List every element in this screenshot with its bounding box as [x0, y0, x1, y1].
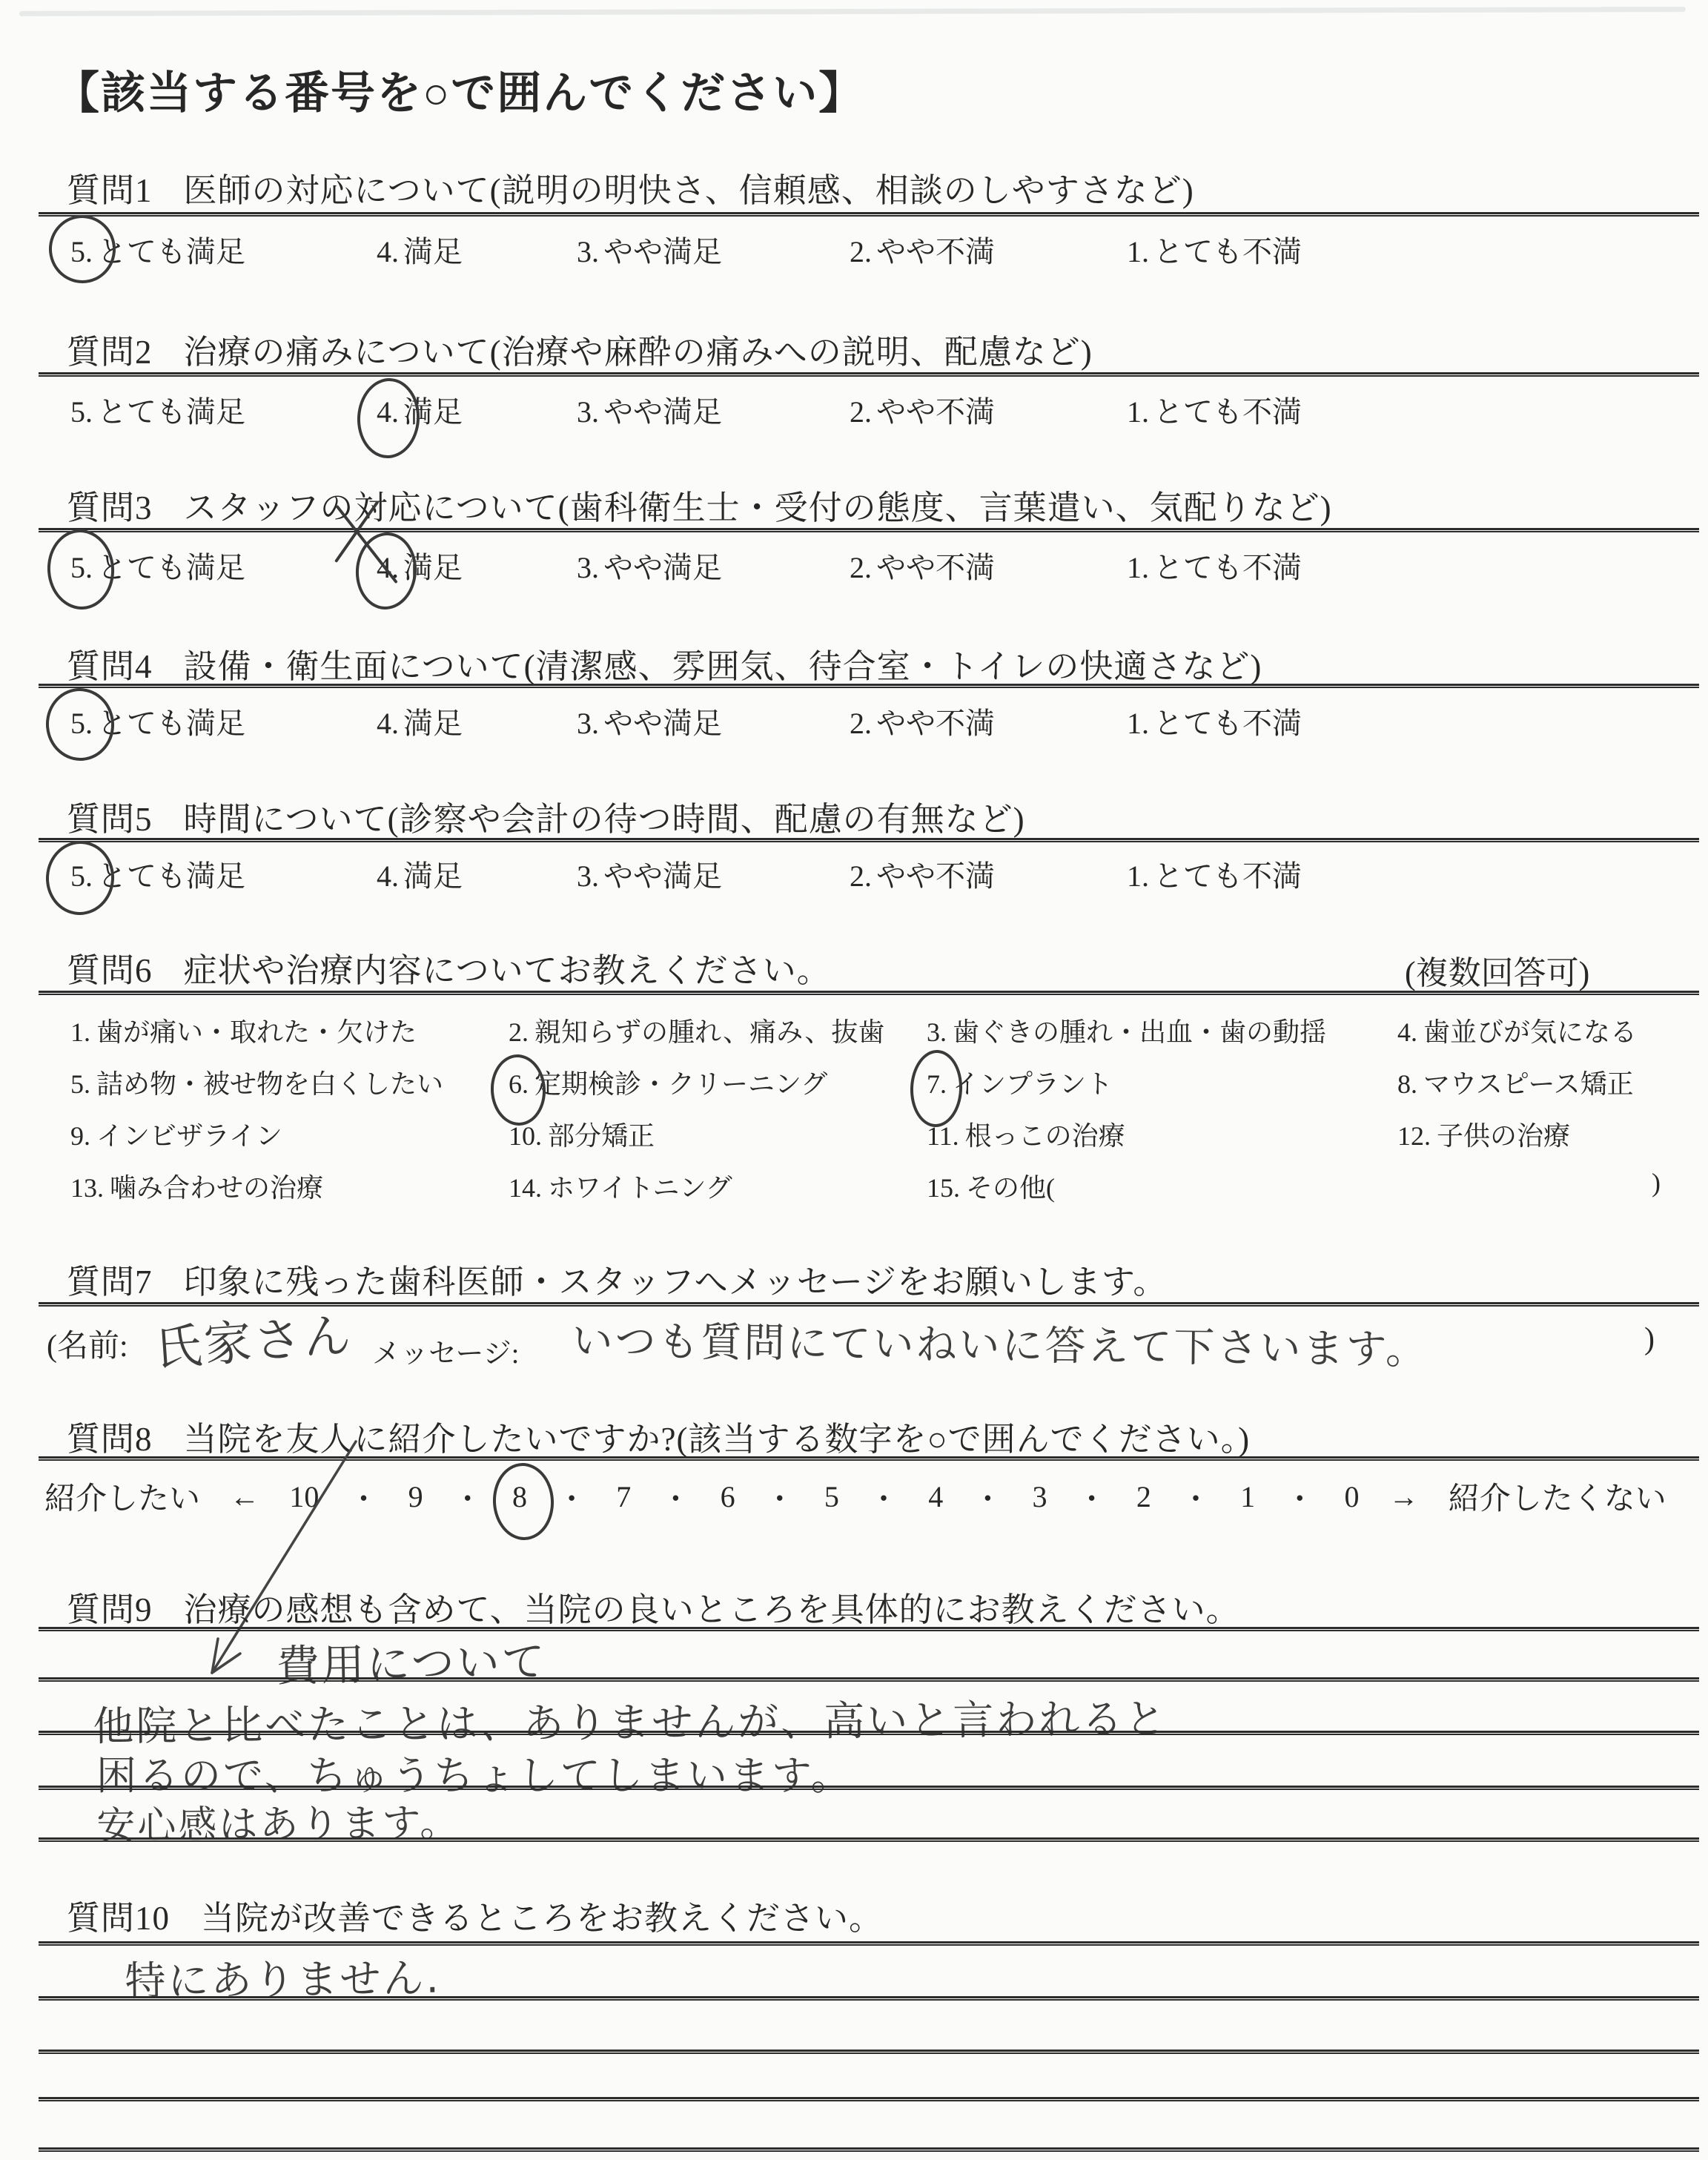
item-label: インビザライン: [96, 1121, 282, 1151]
question-text: 設備・衛生面について(清潔感、雰囲気、待合室・トイレの快適さなど): [184, 648, 1262, 685]
dot-separator: ・: [1181, 1476, 1211, 1518]
question-9-title: 質問9治療の感想も含めて、当院の良いところを具体的にお教えください。: [67, 1582, 1240, 1631]
question-text: 当院が改善できるところをお教えください。: [201, 1900, 883, 1937]
option-number: 2.: [850, 395, 872, 429]
question-text: 印象に残った歯科医師・スタッフへメッセージをお願いします。: [184, 1264, 1168, 1301]
scale-3: 3: [1033, 1479, 1047, 1514]
option-number: 5.: [70, 859, 93, 893]
item-number: 6.: [509, 1069, 529, 1099]
option-label: やや満足: [603, 395, 722, 429]
option-2-somewhat-dissatisfied: 2.やや不満: [850, 544, 995, 587]
symptom-item-15-other: 15.その他(: [927, 1167, 1055, 1205]
rule-line: [39, 991, 1699, 995]
item-number: 14.: [509, 1173, 542, 1203]
item-number: 5.: [70, 1069, 90, 1099]
dot-separator: ・: [1077, 1476, 1107, 1518]
symptom-item-2: 2.親知らずの腫れ、痛み、抜歯: [509, 1011, 884, 1049]
question-2-title: 質問2治療の痛みについて(治療や麻酔の痛みへの説明、配慮など): [67, 325, 1093, 373]
item-label: 詰め物・被せ物を白くしたい: [96, 1069, 443, 1099]
scale-right-label: 紹介したくない: [1449, 1474, 1666, 1519]
option-5-very-satisfied: 5.とても満足: [70, 228, 245, 271]
option-number: 4.: [377, 859, 399, 893]
question-6-row-3: 9.インビザライン 10.部分矯正 11.根っこの治療 12.子供の治療: [0, 1115, 1708, 1160]
option-2-somewhat-dissatisfied: 2.やや不満: [850, 228, 995, 271]
option-label: やや不満: [876, 395, 995, 429]
item-number: 15.: [927, 1173, 960, 1203]
option-number: 5.: [70, 235, 93, 268]
scale-0: 0: [1344, 1479, 1359, 1514]
question-number: 質問2: [67, 334, 153, 371]
item-label: 噛み合わせの治療: [110, 1173, 323, 1203]
option-label: やや満足: [603, 551, 722, 584]
option-number: 5.: [70, 395, 93, 429]
question-number: 質問6: [67, 952, 153, 989]
rule-line: [39, 528, 1699, 532]
handwritten-name: 氏家さん: [152, 1297, 355, 1378]
option-label: やや不満: [876, 551, 995, 584]
option-label: 満足: [403, 235, 463, 268]
dot-separator: ・: [661, 1476, 690, 1518]
option-number: 3.: [577, 859, 599, 893]
option-label: やや不満: [876, 859, 995, 893]
item-label: 親知らずの腫れ、痛み、抜歯: [534, 1017, 884, 1047]
scale-2: 2: [1136, 1479, 1151, 1514]
scale-1: 1: [1240, 1479, 1255, 1514]
scale-8: 8: [512, 1479, 527, 1514]
option-1-very-dissatisfied: 1.とても不満: [1127, 228, 1302, 271]
option-label: やや満足: [603, 235, 722, 268]
handwritten-note-cost: 費用について: [276, 1627, 547, 1694]
close-paren: ): [1644, 1321, 1655, 1357]
symptom-item-5: 5.詰め物・被せ物を白くしたい: [70, 1063, 443, 1101]
answer-rule-line: [39, 2050, 1699, 2054]
symptom-item-9: 9.インビザライン: [70, 1115, 282, 1153]
message-field-label: メッセージ:: [372, 1330, 519, 1371]
option-5-very-satisfied: 5.とても満足: [70, 700, 245, 742]
option-3-somewhat-satisfied: 3.やや満足: [577, 700, 722, 742]
option-4-satisfied: 4.満足: [377, 700, 463, 742]
answer-rule-line: [39, 1677, 1699, 1682]
option-4-satisfied: 4.満足: [377, 228, 463, 271]
question-5-options: 5.とても満足 4.満足 3.やや満足 2.やや不満 1.とても不満: [0, 853, 1708, 902]
question-text: 症状や治療内容についてお教えください。: [184, 952, 831, 989]
item-number: 10.: [509, 1121, 542, 1151]
option-4-satisfied: 4.満足: [377, 853, 463, 895]
dot-separator: ・: [765, 1476, 795, 1518]
scale-10: 10: [289, 1479, 319, 1514]
option-label: とても満足: [97, 859, 245, 893]
scale-8-number: 8: [512, 1480, 527, 1513]
option-label: 満足: [403, 395, 463, 429]
question-number: 質問1: [67, 172, 153, 209]
option-label: とても満足: [97, 395, 245, 429]
question-7-title: 質問7印象に残った歯科医師・スタッフへメッセージをお願いします。: [67, 1255, 1167, 1303]
question-4-title: 質問4設備・衛生面について(清潔感、雰囲気、待合室・トイレの快適さなど): [67, 639, 1262, 687]
scale-9: 9: [408, 1479, 423, 1514]
item-label: 定期検診・クリーニング: [534, 1069, 827, 1099]
option-number: 1.: [1127, 235, 1149, 268]
option-label: やや満足: [603, 707, 722, 740]
item-number: 11.: [927, 1121, 959, 1151]
rule-line: [39, 684, 1699, 688]
item-label: マウスピース矯正: [1423, 1069, 1634, 1099]
dot-separator: ・: [1285, 1476, 1314, 1518]
answer-rule-line: [39, 1786, 1699, 1790]
option-5-very-satisfied: 5.とても満足: [70, 853, 245, 895]
symptom-item-10: 10.部分矯正: [509, 1115, 655, 1153]
item-number: 2.: [509, 1017, 529, 1047]
question-4-options: 5.とても満足 4.満足 3.やや満足 2.やや不満 1.とても不満: [0, 700, 1708, 749]
symptom-item-7: 7.インプラント: [927, 1063, 1113, 1101]
scale-left-label: 紹介したい: [44, 1474, 200, 1519]
question-number: 質問8: [67, 1421, 153, 1458]
option-3-somewhat-satisfied: 3.やや満足: [577, 853, 722, 895]
question-1-title: 質問1医師の対応について(説明の明快さ、信頼感、相談のしやすさなど): [67, 163, 1194, 211]
option-label: やや満足: [603, 859, 722, 893]
option-number: 3.: [577, 707, 599, 740]
question-number: 質問5: [67, 801, 153, 838]
option-number: 1.: [1127, 707, 1149, 740]
option-label: とても満足: [97, 707, 245, 740]
handwritten-message: いつも質問にていねいに答えて下さいます。: [572, 1308, 1429, 1375]
symptom-item-8: 8.マウスピース矯正: [1397, 1063, 1634, 1101]
option-label: 満足: [403, 551, 463, 584]
scale-6: 6: [721, 1479, 735, 1514]
scan-artifact-top: [19, 7, 1686, 16]
option-number: 3.: [577, 551, 599, 584]
dot-separator: ・: [973, 1476, 1002, 1518]
option-number: 2.: [850, 859, 872, 893]
option-label: 満足: [403, 707, 463, 740]
option-label: とても満足: [97, 551, 245, 584]
item-label: 歯が痛い・取れた・欠けた: [96, 1017, 417, 1047]
scale-7: 7: [616, 1479, 631, 1514]
symptom-item-12: 12.子供の治療: [1397, 1115, 1570, 1153]
other-close-paren: ): [1652, 1167, 1661, 1198]
dot-separator: ・: [557, 1476, 586, 1518]
question-text: 時間について(診察や会計の待つ時間、配慮の有無など): [184, 801, 1025, 838]
answer-rule-line: [39, 2147, 1699, 2152]
option-label: とても満足: [97, 235, 245, 268]
item-label: 歯ぐきの腫れ・出血・歯の動揺: [953, 1017, 1326, 1047]
dot-separator: ・: [869, 1476, 898, 1518]
option-1-very-dissatisfied: 1.とても不満: [1127, 544, 1302, 587]
question-6-row-4: 13.噛み合わせの治療 14.ホワイトニング 15.その他( ): [0, 1167, 1708, 1212]
item-label: 根っこの治療: [965, 1121, 1125, 1151]
option-label: とても不満: [1153, 707, 1302, 740]
question-6-note: (複数回答可): [1405, 946, 1589, 994]
option-number: 4.: [377, 395, 399, 429]
answer-rule-line: [39, 1941, 1699, 1946]
option-number: 1.: [1127, 395, 1149, 429]
option-3-somewhat-satisfied: 3.やや満足: [577, 389, 722, 431]
name-field-label: (名前:: [47, 1321, 128, 1366]
option-label: とても不満: [1153, 235, 1302, 268]
symptom-item-3: 3.歯ぐきの腫れ・出血・歯の動揺: [927, 1011, 1326, 1049]
rule-line: [39, 372, 1699, 377]
option-3-somewhat-satisfied: 3.やや満足: [577, 228, 722, 271]
page-title: 【該当する番号を○で囲んでください】: [55, 58, 864, 122]
option-number: 2.: [850, 707, 872, 740]
item-label: 部分矯正: [548, 1121, 655, 1151]
item-number: 1.: [70, 1017, 90, 1047]
option-2-somewhat-dissatisfied: 2.やや不満: [850, 389, 995, 431]
item-number: 13.: [70, 1173, 104, 1203]
question-3-options: 5.とても満足 4.満足 3.やや満足 2.やや不満 1.とても不満: [0, 544, 1708, 593]
question-number: 質問4: [67, 648, 153, 685]
right-arrow-glyph: →: [1389, 1479, 1419, 1514]
option-4-satisfied: 4.満足: [377, 544, 463, 587]
option-number: 5.: [70, 707, 93, 740]
option-5-very-satisfied: 5.とても満足: [70, 389, 245, 431]
symptom-item-1: 1.歯が痛い・取れた・欠けた: [70, 1011, 417, 1049]
question-10-title: 質問10当院が改善できるところをお教えください。: [67, 1891, 883, 1939]
rule-line: [39, 212, 1699, 217]
answer-rule-line: [39, 1731, 1699, 1735]
symptom-item-4: 4.歯並びが気になる: [1397, 1011, 1637, 1049]
option-number: 4.: [377, 707, 399, 740]
question-1-options: 5.とても満足 4.満足 3.やや満足 2.やや不満 1.とても不満: [0, 228, 1708, 277]
question-6-row-1: 1.歯が痛い・取れた・欠けた 2.親知らずの腫れ、痛み、抜歯 3.歯ぐきの腫れ・…: [0, 1011, 1708, 1056]
symptom-item-13: 13.噛み合わせの治療: [70, 1167, 323, 1205]
item-label: その他(: [966, 1173, 1055, 1203]
answer-rule-line: [39, 2097, 1699, 2101]
question-8-title: 質問8当院を友人に紹介したいですか?(該当する数字を○で囲んでください。): [67, 1412, 1250, 1460]
option-1-very-dissatisfied: 1.とても不満: [1127, 700, 1302, 742]
question-2-options: 5.とても満足 4.満足 3.やや満足 2.やや不満 1.とても不満: [0, 389, 1708, 437]
question-5-title: 質問5時間について(診察や会計の待つ時間、配慮の有無など): [67, 792, 1025, 840]
question-number: 質問9: [67, 1591, 153, 1628]
option-label: 満足: [403, 859, 463, 893]
item-label: インプラント: [953, 1069, 1113, 1099]
nps-scale-row: 紹介したい ← 10 ・ 9 ・ 8 ・ 7 ・ 6 ・ 5 ・ 4 ・ 3 ・…: [0, 1474, 1708, 1526]
symptom-item-11: 11.根っこの治療: [927, 1115, 1125, 1153]
item-label: ホワイトニング: [548, 1173, 732, 1203]
option-4-satisfied: 4.満足: [377, 389, 463, 431]
option-number: 1.: [1127, 859, 1149, 893]
question-number: 質問10: [67, 1900, 170, 1937]
item-number: 3.: [927, 1017, 947, 1047]
symptom-item-14: 14.ホワイトニング: [509, 1167, 732, 1205]
scale-4: 4: [928, 1479, 943, 1514]
option-number: 2.: [850, 551, 872, 584]
option-number: 2.: [850, 235, 872, 268]
option-5-very-satisfied: 5.とても満足: [70, 544, 245, 587]
option-3-somewhat-satisfied: 3.やや満足: [577, 544, 722, 587]
question-6-row-2: 5.詰め物・被せ物を白くしたい 6.定期検診・クリーニング 7.インプラント 8…: [0, 1063, 1708, 1108]
question-number: 質問3: [67, 489, 153, 526]
option-2-somewhat-dissatisfied: 2.やや不満: [850, 853, 995, 895]
item-number: 12.: [1397, 1121, 1431, 1151]
question-text: 医師の対応について(説明の明快さ、信頼感、相談のしやすさなど): [184, 172, 1194, 209]
question-text: 治療の痛みについて(治療や麻酔の痛みへの説明、配慮など): [184, 334, 1093, 371]
dot-separator: ・: [348, 1476, 378, 1518]
question-text: 治療の感想も含めて、当院の良いところを具体的にお教えください。: [184, 1591, 1240, 1628]
item-number: 4.: [1397, 1017, 1417, 1047]
item-label: 歯並びが気になる: [1423, 1017, 1637, 1047]
answer-rule-line: [39, 1837, 1699, 1842]
option-label: とても不満: [1153, 551, 1302, 584]
item-number: 9.: [70, 1121, 90, 1151]
option-label: やや不満: [876, 235, 995, 268]
symptom-item-6: 6.定期検診・クリーニング: [509, 1063, 827, 1101]
option-2-somewhat-dissatisfied: 2.やや不満: [850, 700, 995, 742]
question-number: 質問7: [67, 1264, 153, 1301]
option-1-very-dissatisfied: 1.とても不満: [1127, 853, 1302, 895]
option-1-very-dissatisfied: 1.とても不満: [1127, 389, 1302, 431]
option-number: 1.: [1127, 551, 1149, 584]
option-label: とても不満: [1153, 859, 1302, 893]
item-label: 子供の治療: [1437, 1121, 1570, 1151]
rule-line: [39, 838, 1699, 842]
question-6-title: 質問6症状や治療内容についてお教えください。: [67, 943, 831, 991]
question-text: スタッフの対応について(歯科衛生士・受付の態度、言葉遣い、気配りなど): [184, 489, 1332, 526]
item-number: 7.: [927, 1069, 947, 1099]
option-label: やや不満: [876, 707, 995, 740]
rule-line: [39, 1456, 1699, 1461]
option-number: 5.: [70, 551, 93, 584]
option-label: とても不満: [1153, 395, 1302, 429]
survey-form-page: 【該当する番号を○で囲んでください】 質問1医師の対応について(説明の明快さ、信…: [0, 0, 1708, 2160]
option-number: 3.: [577, 235, 599, 268]
question-text: 当院を友人に紹介したいですか?(該当する数字を○で囲んでください。): [184, 1421, 1251, 1458]
item-number: 8.: [1397, 1069, 1417, 1099]
option-number: 4.: [377, 235, 399, 268]
handwritten-answer-line-1: 他院と比べたことは、ありませんが、高いと言われると: [93, 1686, 1168, 1752]
answer-rule-line: [39, 1996, 1699, 2001]
option-number: 3.: [577, 395, 599, 429]
left-arrow-glyph: ←: [230, 1479, 259, 1514]
question-3-title: 質問3スタッフの対応について(歯科衛生士・受付の態度、言葉遣い、気配りなど): [67, 480, 1332, 529]
dot-separator: ・: [453, 1476, 483, 1518]
scale-5: 5: [824, 1479, 839, 1514]
handwritten-answer-line-2: 困るので、ちゅうちょしてしまいます。: [96, 1744, 853, 1801]
